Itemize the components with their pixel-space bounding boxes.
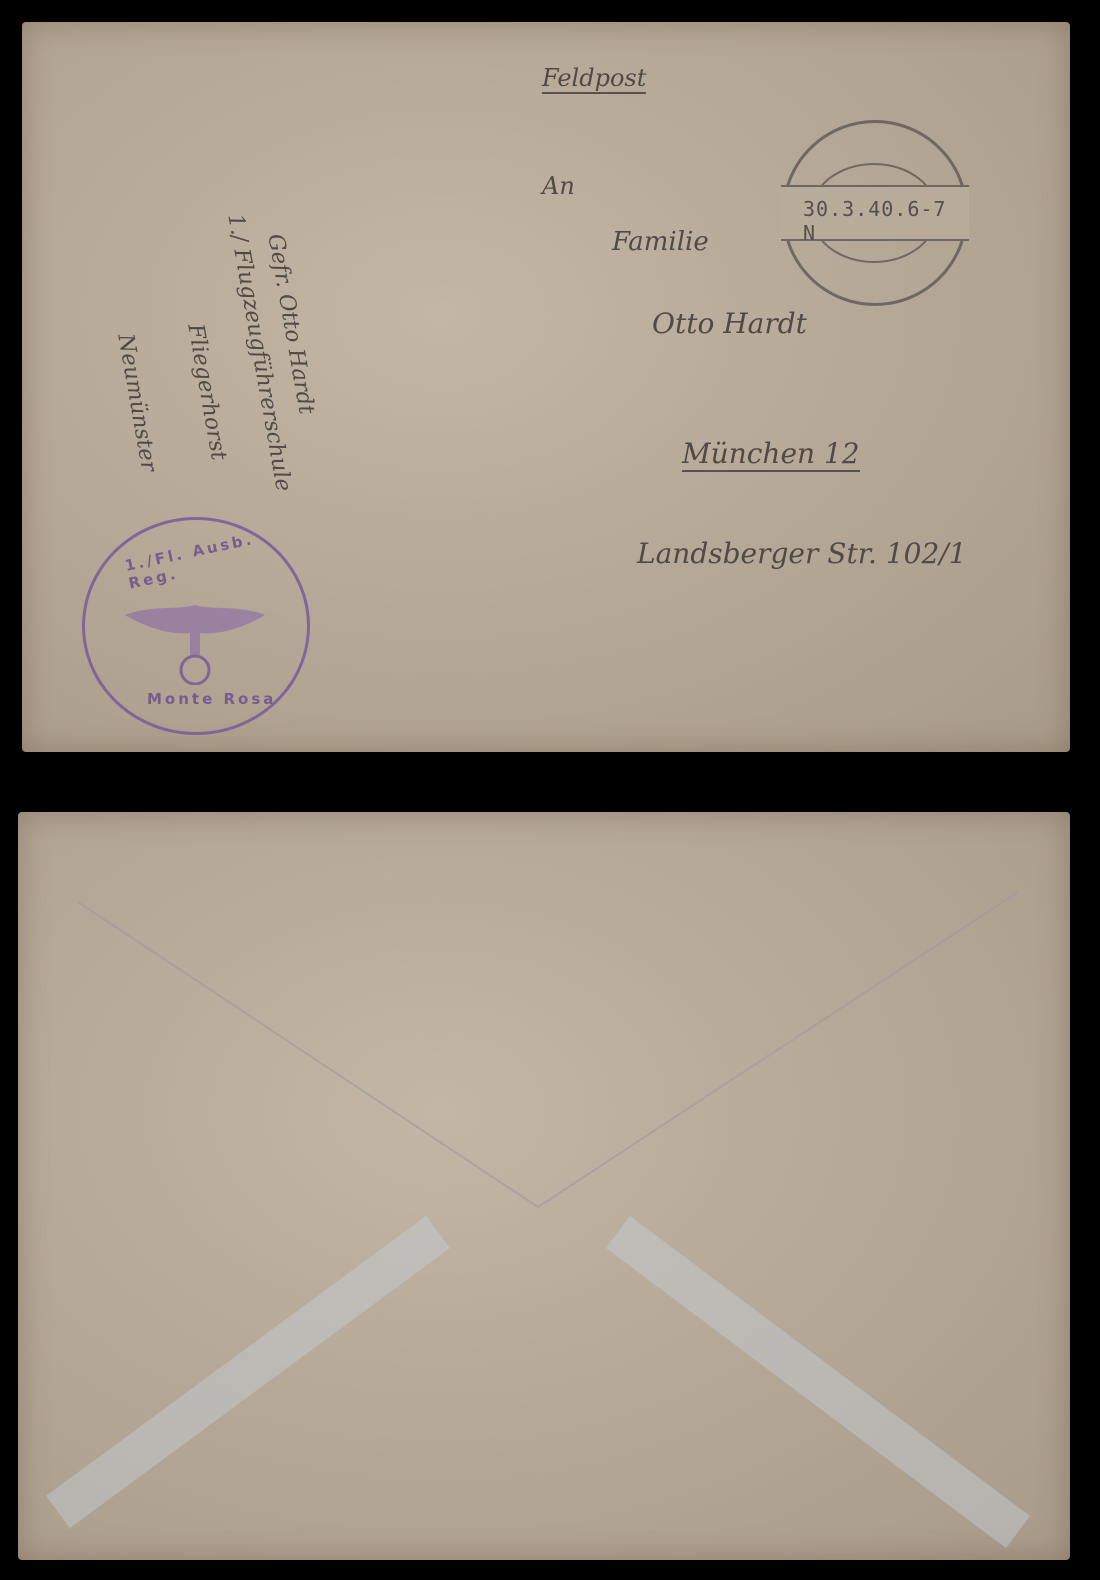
eagle-emblem-icon [120, 585, 270, 685]
sender-line: Fliegerhorst [182, 322, 231, 462]
envelope-front: Feldpost Gefr. Otto Hardt 1./ Flugzeugfü… [22, 22, 1070, 752]
postmark-date: 30.3.40.6-7 N [803, 197, 965, 245]
service-label: Feldpost [542, 64, 646, 94]
postmark: 30.3.40.6-7 N [782, 120, 968, 306]
recipient-salutation: An [542, 172, 575, 200]
recipient-line2: Otto Hardt [652, 307, 807, 340]
seal-top-text: 1./Fl. Ausb. Reg. [123, 519, 309, 592]
official-seal: 1./Fl. Ausb. Reg. Monte Rosa [82, 517, 310, 735]
recipient-street: Landsberger Str. 102/1 [637, 537, 967, 570]
envelope-back: Envelope reverse [18, 812, 1070, 1560]
recipient-line1: Familie [612, 227, 709, 257]
sender-line: Neumünster [112, 332, 161, 474]
recipient-city: München 12 [682, 437, 860, 472]
envelope-flap-lines [18, 812, 1070, 1560]
seal-bottom-text: Monte Rosa [147, 690, 276, 708]
